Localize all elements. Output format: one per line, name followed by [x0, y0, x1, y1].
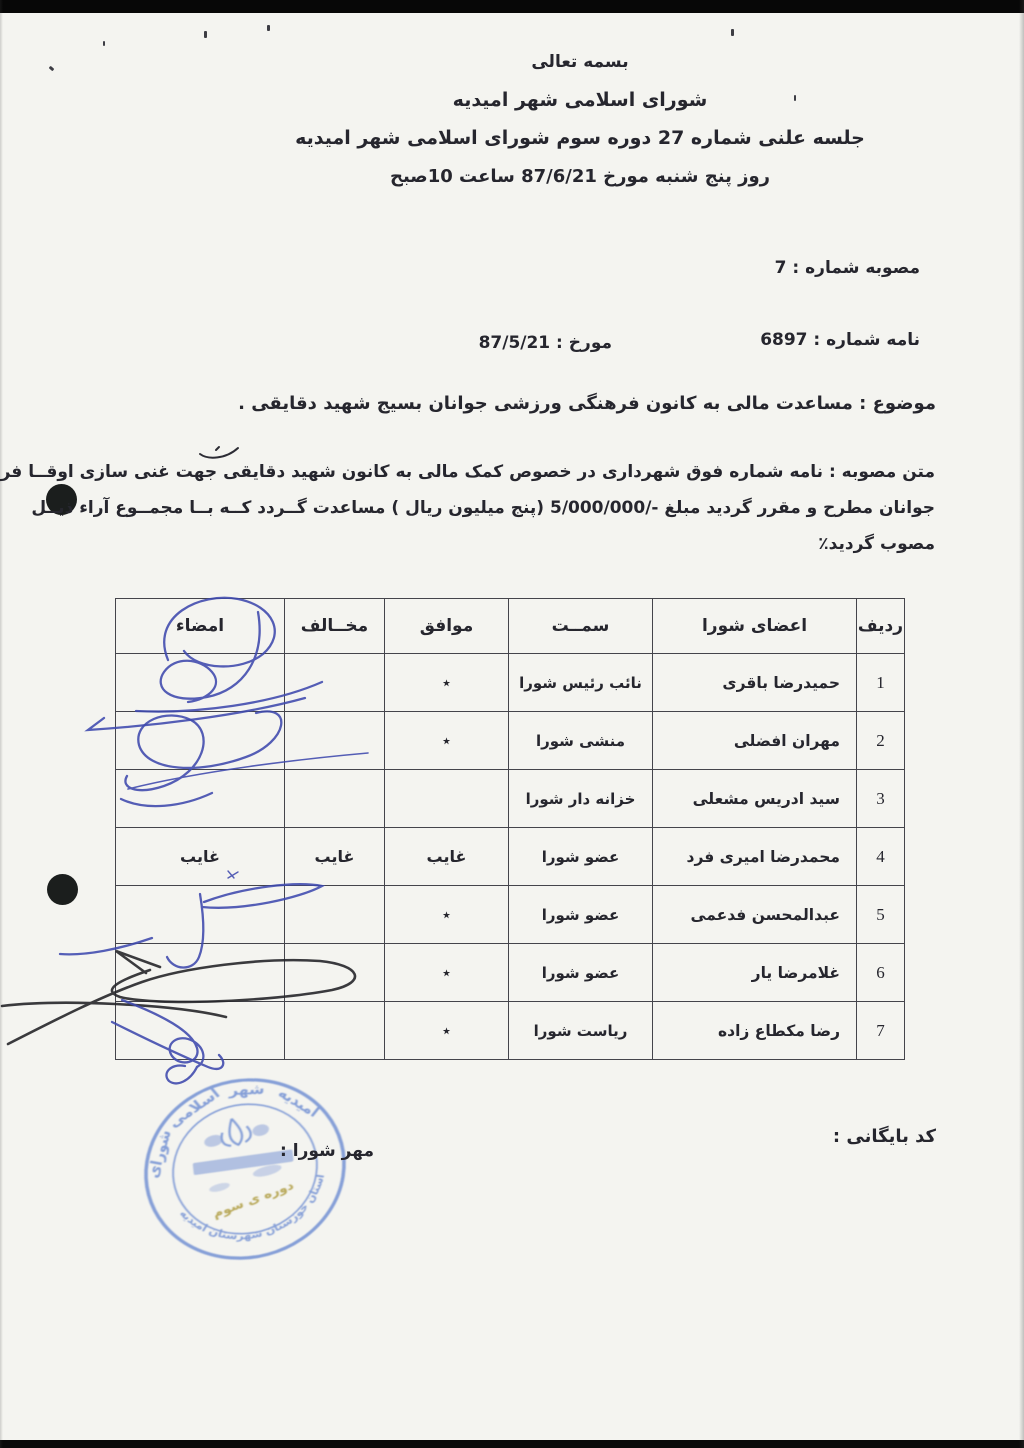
cell-row-no: 7: [857, 1002, 905, 1060]
cell-agree: ٭: [385, 1002, 509, 1060]
cell-member: عبدالمحسن فدعمی: [653, 886, 857, 944]
basmala-line: بسمه تعالی: [190, 52, 970, 72]
scan-speck: [267, 25, 270, 31]
body-line-2: جوانان مطرح و مقرر گردید مبلغ -/5/000/00…: [31, 498, 935, 518]
header-agree: موافق: [385, 599, 509, 654]
handwritten-correction-mark: [196, 444, 242, 462]
cell-member: غلامرضا یار: [653, 944, 857, 1002]
cell-agree: ٭: [385, 654, 509, 712]
cell-position: عضو شورا: [509, 828, 653, 886]
cell-agree: ٭: [385, 886, 509, 944]
header-position: سمــت: [509, 599, 653, 654]
cell-signature: [116, 770, 285, 828]
cell-row-no: 6: [857, 944, 905, 1002]
cell-member: سید ادریس مشعلی: [653, 770, 857, 828]
vote-table: ردیف اعضای شورا سمــت موافق مخــالف امضا…: [115, 598, 905, 1060]
cell-disagree: [285, 770, 385, 828]
council-stamp: شورای اسلامی شهر امیدیه استان خوزستان شه…: [120, 1052, 371, 1286]
hole-punch-mark: [47, 874, 78, 905]
table-row: 7 رضا مکطاع زاده ریاست شورا ٭: [116, 1002, 905, 1060]
council-title: شورای اسلامی شهر امیدیه: [190, 89, 970, 111]
archive-code-label: کد بایگانی :: [833, 1126, 936, 1147]
stamp-caption: مهر شورا :: [280, 1141, 374, 1161]
cell-agree: ٭: [385, 712, 509, 770]
cell-signature: غایب: [116, 828, 285, 886]
cell-signature: [116, 944, 285, 1002]
table-row: 4 محمدرضا امیری فرد عضو شورا غایب غایب غ…: [116, 828, 905, 886]
cell-signature: [116, 654, 285, 712]
cell-position: عضو شورا: [509, 944, 653, 1002]
body-line-1: متن مصوبه : نامه شماره فوق شهرداری در خص…: [0, 462, 935, 482]
cell-disagree: [285, 886, 385, 944]
session-datetime: روز پنج شنبه مورخ 87/6/21 ساعت 10صبح: [190, 166, 970, 187]
cell-position: ریاست شورا: [509, 1002, 653, 1060]
letter-date: مورخ : 87/5/21: [479, 333, 612, 353]
resolution-number: مصوبه شماره : 7: [775, 258, 920, 278]
header-member: اعضای شورا: [653, 599, 857, 654]
cell-agree: ٭: [385, 944, 509, 1002]
scan-speck: [731, 29, 734, 36]
cell-row-no: 3: [857, 770, 905, 828]
cell-row-no: 1: [857, 654, 905, 712]
header-disagree: مخــالف: [285, 599, 385, 654]
body-line-3: مصوب گردید٪: [818, 534, 935, 554]
subject-line: موضوع : مساعدت مالی به کانون فرهنگی ورزش…: [238, 393, 936, 414]
cell-position: عضو شورا: [509, 886, 653, 944]
stamp-ring-word: اسلامی: [165, 1085, 223, 1131]
cell-signature: [116, 712, 285, 770]
cell-disagree: [285, 712, 385, 770]
table-row: 3 سید ادریس مشعلی خزانه دار شورا: [116, 770, 905, 828]
svg-text:استان خوزستان شهرستان امیدیه: استان خوزستان شهرستان امیدیه: [176, 1170, 339, 1259]
cell-member: محمدرضا امیری فرد: [653, 828, 857, 886]
stamp-ring-bottom-text: استان خوزستان شهرستان امیدیه: [176, 1170, 339, 1259]
stamp-ring-word: شهر: [228, 1080, 265, 1099]
scan-speck: [103, 41, 105, 46]
cell-position: خزانه دار شورا: [509, 770, 653, 828]
vote-table-header-row: ردیف اعضای شورا سمــت موافق مخــالف امضا…: [116, 599, 905, 654]
cell-member: رضا مکطاع زاده: [653, 1002, 857, 1060]
table-row: 6 غلامرضا یار عضو شورا ٭: [116, 944, 905, 1002]
header-signature: امضاء: [116, 599, 285, 654]
scan-edge-top: [0, 0, 1024, 13]
scan-speck: [49, 66, 55, 72]
table-row: 1 حمیدرضا باقری نائب رئیس شورا ٭: [116, 654, 905, 712]
table-row: 2 مهران افضلی منشی شورا ٭: [116, 712, 905, 770]
cell-signature: [116, 886, 285, 944]
scan-edge-bottom: [0, 1440, 1024, 1448]
cell-agree: غایب: [385, 828, 509, 886]
cell-row-no: 2: [857, 712, 905, 770]
cell-signature: [116, 1002, 285, 1060]
cell-disagree: [285, 654, 385, 712]
letter-number: نامه شماره : 6897: [760, 330, 920, 350]
cell-disagree: [285, 944, 385, 1002]
cell-disagree: غایب: [285, 828, 385, 886]
cell-position: نائب رئیس شورا: [509, 654, 653, 712]
cell-row-no: 4: [857, 828, 905, 886]
scan-speck: [204, 31, 207, 38]
table-row: 5 عبدالمحسن فدعمی عضو شورا ٭: [116, 886, 905, 944]
session-line: جلسه علنی شماره 27 دوره سوم شورای اسلامی…: [190, 127, 970, 149]
cell-member: مهران افضلی: [653, 712, 857, 770]
scanned-council-resolution-page: بسمه تعالی شورای اسلامی شهر امیدیه جلسه …: [0, 0, 1024, 1448]
scan-edge-right-shadow: [1019, 0, 1024, 1448]
header-row-no: ردیف: [857, 599, 905, 654]
cell-agree: [385, 770, 509, 828]
scan-edge-left-shadow: [0, 0, 3, 1448]
cell-member: حمیدرضا باقری: [653, 654, 857, 712]
cell-disagree: [285, 1002, 385, 1060]
cell-row-no: 5: [857, 886, 905, 944]
cell-position: منشی شورا: [509, 712, 653, 770]
